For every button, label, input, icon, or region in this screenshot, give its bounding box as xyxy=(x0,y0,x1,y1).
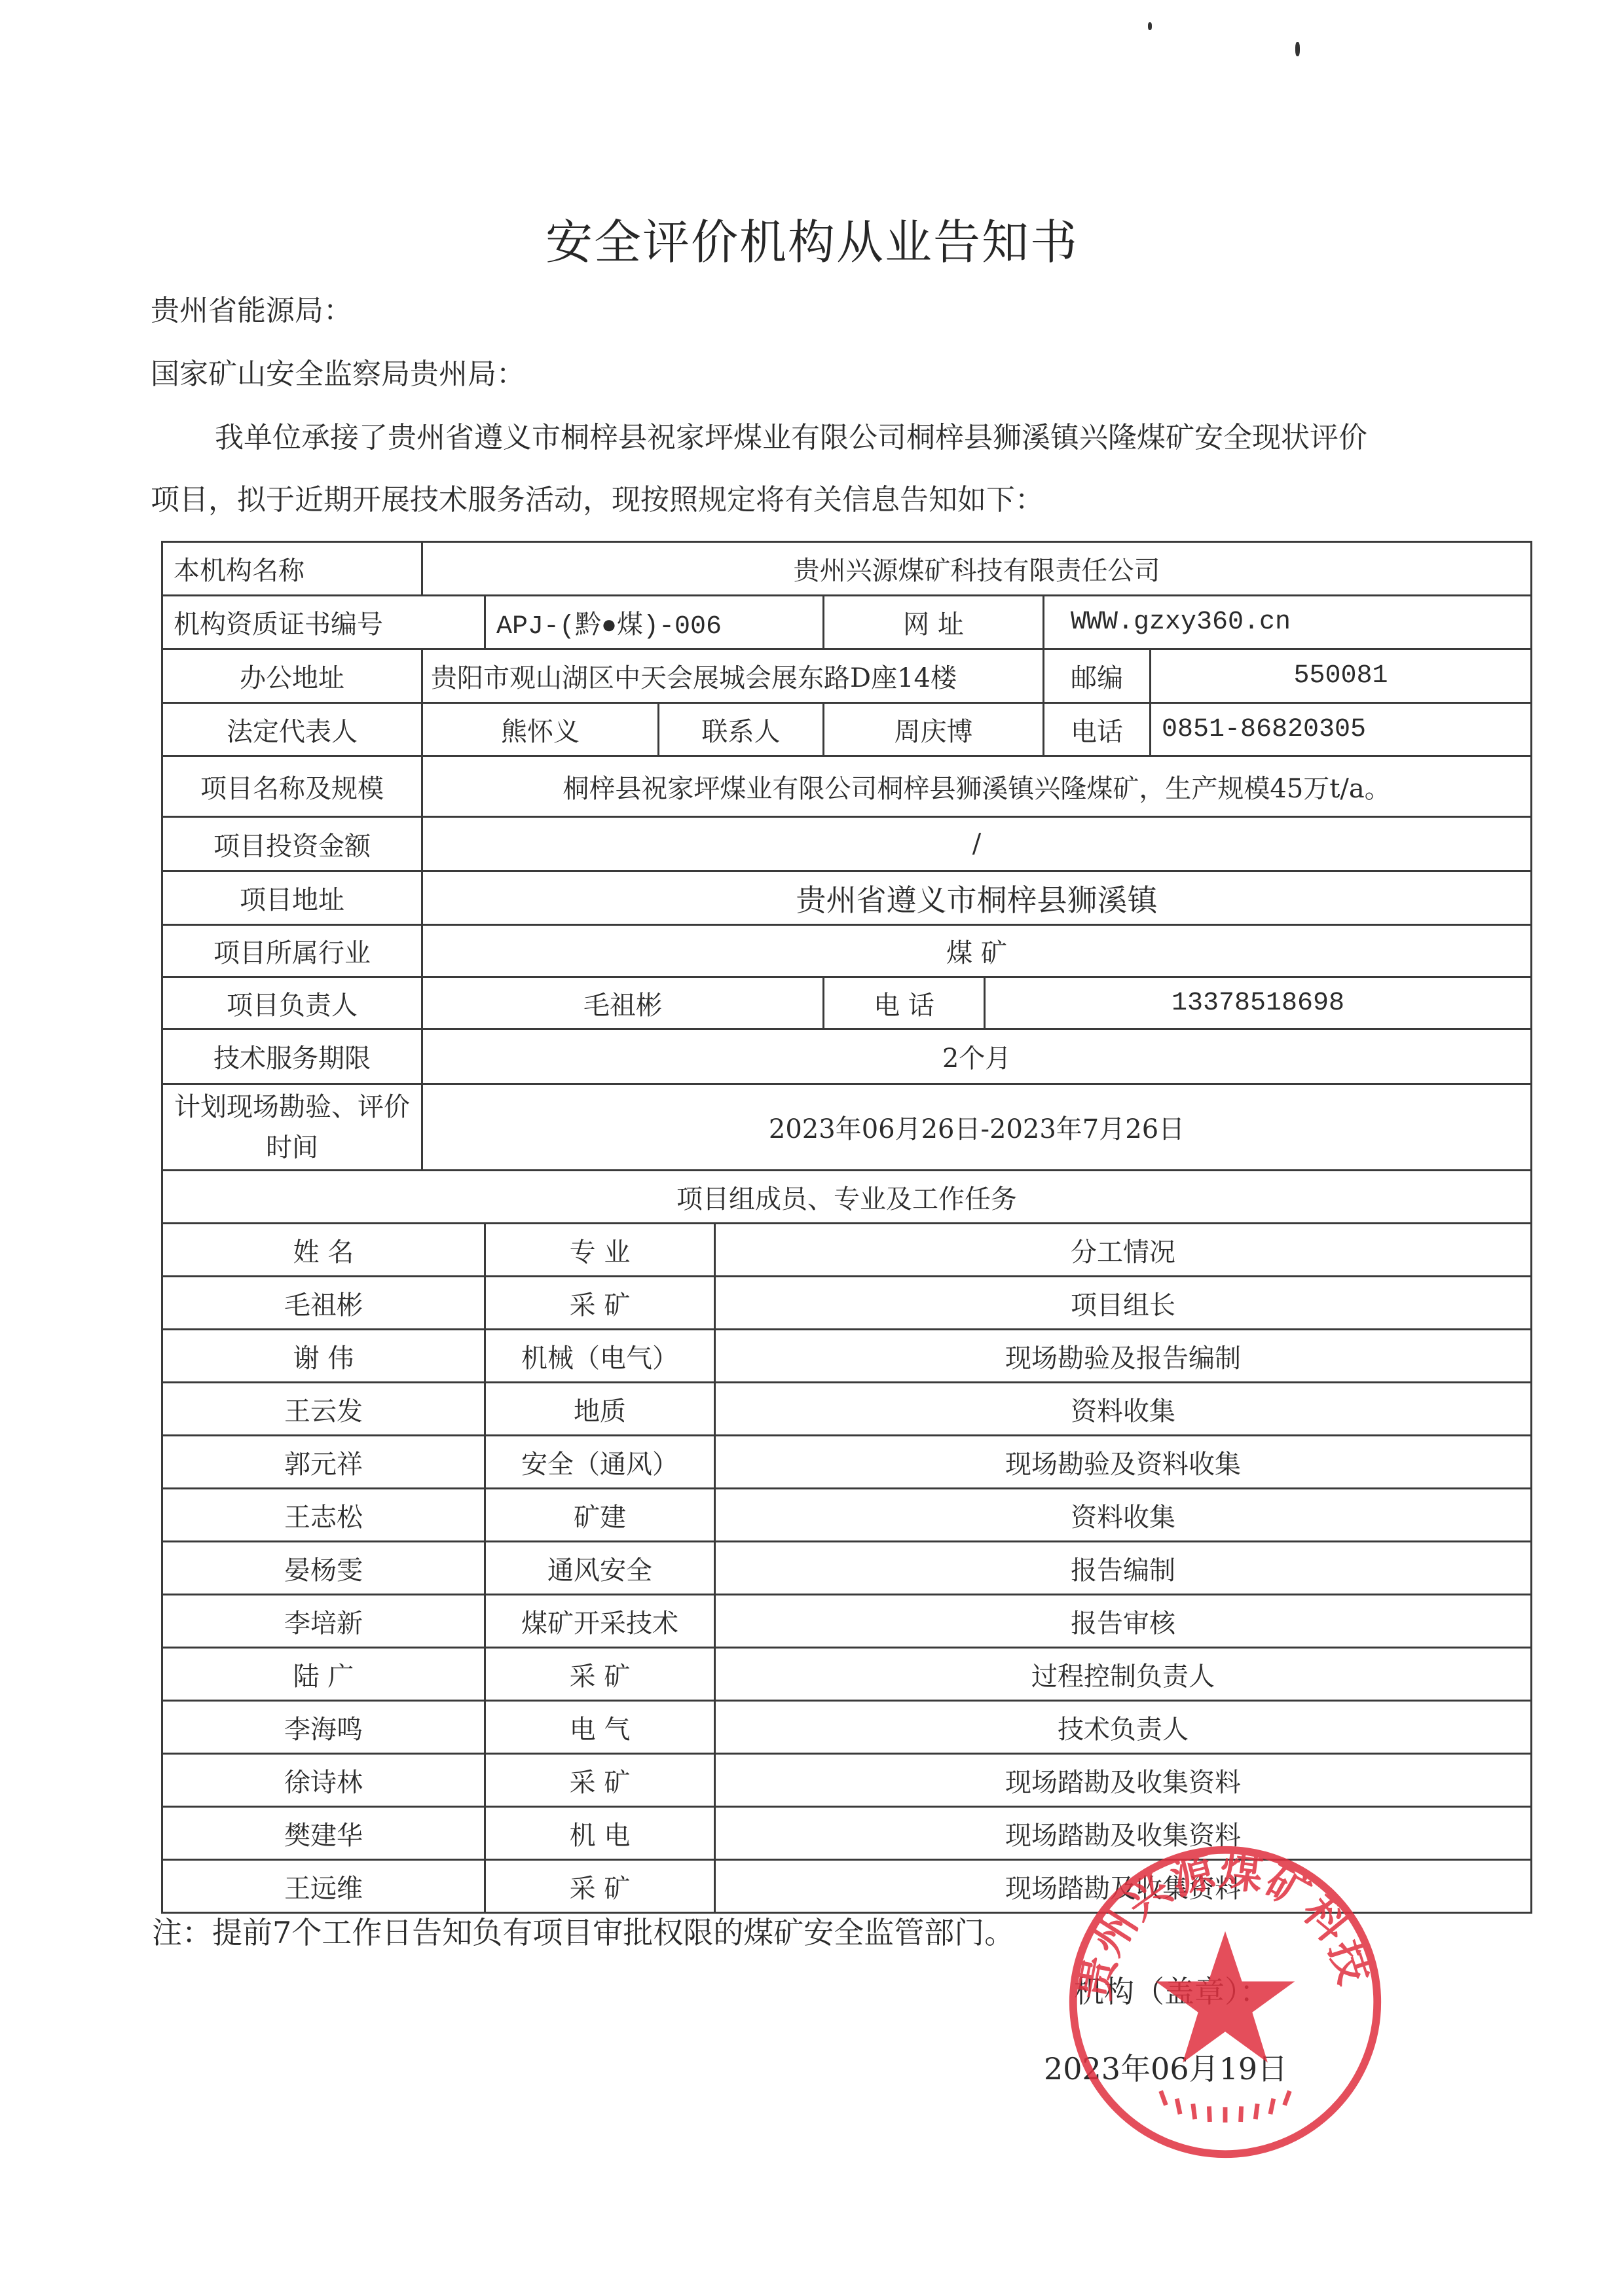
leader-value: 毛祖彬 xyxy=(422,977,824,1029)
member-name: 陆 广 xyxy=(162,1648,485,1701)
member-row: 李海鸣电 气技术负责人 xyxy=(162,1701,1532,1754)
cert-label: 机构资质证书编号 xyxy=(162,596,485,649)
member-name: 王志松 xyxy=(162,1489,485,1542)
website-value: WWW.gzxy360.cn xyxy=(1044,596,1532,649)
member-major: 采 矿 xyxy=(485,1277,715,1330)
member-major: 煤矿开采技术 xyxy=(485,1595,715,1648)
member-task: 现场勘验及资料收集 xyxy=(715,1436,1532,1489)
scan-speck xyxy=(1295,42,1300,56)
project-value: 桐梓县祝家坪煤业有限公司桐梓县狮溪镇兴隆煤矿，生产规模45万t/a。 xyxy=(422,756,1532,817)
body-paragraph-line-1: 我单位承接了贵州省遵义市桐梓县祝家坪煤业有限公司桐梓县狮溪镇兴隆煤矿安全现状评价 xyxy=(215,414,1367,456)
member-name: 郭元祥 xyxy=(162,1436,485,1489)
row-certificate: 机构资质证书编号 APJ-(黔●煤)-006 网 址 WWW.gzxy360.c… xyxy=(162,596,1532,649)
industry-label: 项目所属行业 xyxy=(162,925,422,977)
legal-rep-value: 熊怀义 xyxy=(422,703,659,756)
member-task: 现场踏勘及收集资料 xyxy=(715,1807,1532,1860)
member-name: 王远维 xyxy=(162,1860,485,1913)
seal-label: 机构（盖章）： xyxy=(1074,1968,1270,2011)
period-value: 2个月 xyxy=(422,1029,1532,1084)
member-major: 通风安全 xyxy=(485,1542,715,1595)
member-major: 机械（电气） xyxy=(485,1330,715,1383)
header-major: 专 业 xyxy=(485,1224,715,1277)
schedule-value: 2023年06月26日-2023年7月26日 xyxy=(422,1084,1532,1171)
row-org-name: 本机构名称 贵州兴源煤矿科技有限责任公司 xyxy=(162,542,1532,596)
cert-number: APJ-(黔●煤)-006 xyxy=(485,596,824,649)
address-label: 办公地址 xyxy=(162,649,422,703)
location-label: 项目地址 xyxy=(162,871,422,925)
recipient-mine-safety-bureau: 国家矿山安全监察局贵州局： xyxy=(151,350,525,392)
postcode-value: 550081 xyxy=(1151,649,1532,703)
legal-rep-label: 法定代表人 xyxy=(162,703,422,756)
row-industry: 项目所属行业 煤 矿 xyxy=(162,925,1532,977)
industry-value: 煤 矿 xyxy=(422,925,1532,977)
period-label: 技术服务期限 xyxy=(162,1029,422,1084)
member-row: 李培新煤矿开采技术报告审核 xyxy=(162,1595,1532,1648)
row-project-name: 项目名称及规模 桐梓县祝家坪煤业有限公司桐梓县狮溪镇兴隆煤矿，生产规模45万t/… xyxy=(162,756,1532,817)
scan-speck xyxy=(1148,22,1152,30)
member-task: 资料收集 xyxy=(715,1383,1532,1436)
member-major: 矿建 xyxy=(485,1489,715,1542)
member-major: 采 矿 xyxy=(485,1754,715,1807)
member-row: 王志松矿建资料收集 xyxy=(162,1489,1532,1542)
leader-phone-label: 电 话 xyxy=(824,977,985,1029)
footer-note: 注：提前7个工作日告知负有项目审批权限的煤矿安全监管部门。 xyxy=(152,1909,1014,1952)
seal-code-ticks xyxy=(1161,2091,1290,2123)
member-major: 采 矿 xyxy=(485,1648,715,1701)
member-major: 地质 xyxy=(485,1383,715,1436)
member-task: 过程控制负责人 xyxy=(715,1648,1532,1701)
member-task: 现场勘验及报告编制 xyxy=(715,1330,1532,1383)
member-row: 陆 广采 矿过程控制负责人 xyxy=(162,1648,1532,1701)
member-task: 技术负责人 xyxy=(715,1701,1532,1754)
members-section-title: 项目组成员、专业及工作任务 xyxy=(162,1171,1532,1224)
member-name: 谢 伟 xyxy=(162,1330,485,1383)
investment-label: 项目投资金额 xyxy=(162,817,422,871)
header-name: 姓 名 xyxy=(162,1224,485,1277)
member-major: 机 电 xyxy=(485,1807,715,1860)
project-label: 项目名称及规模 xyxy=(162,756,422,817)
member-task: 项目组长 xyxy=(715,1277,1532,1330)
location-value: 贵州省遵义市桐梓县狮溪镇 xyxy=(422,871,1532,925)
investment-value: / xyxy=(422,817,1532,871)
member-major: 安全（通风） xyxy=(485,1436,715,1489)
member-name: 樊建华 xyxy=(162,1807,485,1860)
members-header-row: 姓 名 专 业 分工情况 xyxy=(162,1224,1532,1277)
contact-label: 联系人 xyxy=(659,703,824,756)
member-name: 毛祖彬 xyxy=(162,1277,485,1330)
member-row: 谢 伟机械（电气）现场勘验及报告编制 xyxy=(162,1330,1532,1383)
leader-label: 项目负责人 xyxy=(162,977,422,1029)
member-name: 李海鸣 xyxy=(162,1701,485,1754)
row-project-leader: 项目负责人 毛祖彬 电 话 13378518698 xyxy=(162,977,1532,1029)
row-investment: 项目投资金额 / xyxy=(162,817,1532,871)
member-major: 电 气 xyxy=(485,1701,715,1754)
header-task: 分工情况 xyxy=(715,1224,1532,1277)
notice-table: 本机构名称 贵州兴源煤矿科技有限责任公司 机构资质证书编号 APJ-(黔●煤)-… xyxy=(161,541,1532,1914)
address-value: 贵阳市观山湖区中天会展城会展东路D座14楼 xyxy=(422,649,1044,703)
member-row: 晏杨雯通风安全报告编制 xyxy=(162,1542,1532,1595)
phone-label: 电话 xyxy=(1044,703,1151,756)
row-members-section-title: 项目组成员、专业及工作任务 xyxy=(162,1171,1532,1224)
postcode-label: 邮编 xyxy=(1044,649,1151,703)
member-name: 王云发 xyxy=(162,1383,485,1436)
member-major: 采 矿 xyxy=(485,1860,715,1913)
member-row: 徐诗林采 矿现场踏勘及收集资料 xyxy=(162,1754,1532,1807)
document-title: 安全评价机构从业告知书 xyxy=(0,204,1624,272)
row-schedule: 计划现场勘验、评价时间 2023年06月26日-2023年7月26日 xyxy=(162,1084,1532,1171)
member-row: 郭元祥安全（通风）现场勘验及资料收集 xyxy=(162,1436,1532,1489)
member-task: 现场踏勘及收集资料 xyxy=(715,1860,1532,1913)
contact-value: 周庆博 xyxy=(824,703,1044,756)
sign-date: 2023年06月19日 xyxy=(1044,2045,1287,2088)
row-address: 办公地址 贵阳市观山湖区中天会展城会展东路D座14楼 邮编 550081 xyxy=(162,649,1532,703)
recipient-energy-bureau: 贵州省能源局： xyxy=(151,287,352,329)
website-label: 网 址 xyxy=(824,596,1044,649)
row-legal-representative: 法定代表人 熊怀义 联系人 周庆博 电话 0851-86820305 xyxy=(162,703,1532,756)
member-task: 报告编制 xyxy=(715,1542,1532,1595)
member-row: 王云发地质资料收集 xyxy=(162,1383,1532,1436)
phone-value: 0851-86820305 xyxy=(1151,703,1532,756)
org-name-label: 本机构名称 xyxy=(162,542,422,596)
leader-phone-value: 13378518698 xyxy=(985,977,1532,1029)
member-name: 徐诗林 xyxy=(162,1754,485,1807)
member-row: 毛祖彬采 矿项目组长 xyxy=(162,1277,1532,1330)
member-name: 李培新 xyxy=(162,1595,485,1648)
body-paragraph-line-2: 项目，拟于近期开展技术服务活动，现按照规定将有关信息告知如下： xyxy=(151,476,1044,518)
member-task: 资料收集 xyxy=(715,1489,1532,1542)
row-service-period: 技术服务期限 2个月 xyxy=(162,1029,1532,1084)
schedule-label: 计划现场勘验、评价时间 xyxy=(162,1084,422,1171)
row-project-location: 项目地址 贵州省遵义市桐梓县狮溪镇 xyxy=(162,871,1532,925)
member-task: 报告审核 xyxy=(715,1595,1532,1648)
member-name: 晏杨雯 xyxy=(162,1542,485,1595)
org-name-value: 贵州兴源煤矿科技有限责任公司 xyxy=(422,542,1532,596)
member-task: 现场踏勘及收集资料 xyxy=(715,1754,1532,1807)
member-row: 樊建华机 电现场踏勘及收集资料 xyxy=(162,1807,1532,1860)
member-row: 王远维采 矿现场踏勘及收集资料 xyxy=(162,1860,1532,1913)
